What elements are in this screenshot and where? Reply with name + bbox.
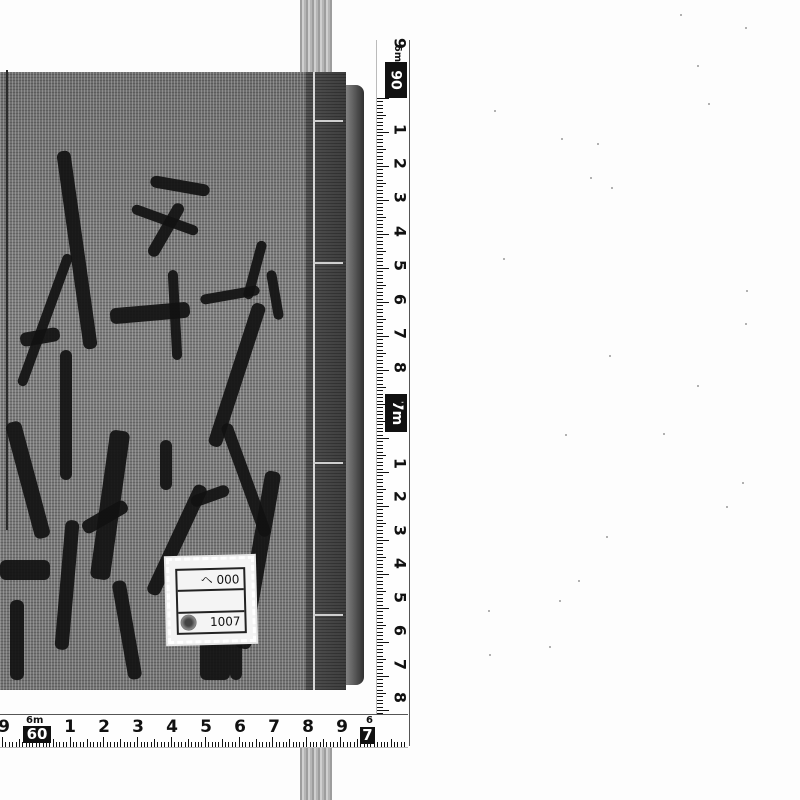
ruler-tick <box>377 241 383 242</box>
ruler-tick <box>377 251 386 252</box>
ruler-tick <box>124 742 125 747</box>
ruler-tick <box>377 125 383 126</box>
ruler-tick <box>377 642 389 643</box>
ruler-tick <box>377 295 383 296</box>
ruler-tick <box>377 669 383 670</box>
ruler-tick <box>377 139 383 140</box>
speck <box>494 110 496 112</box>
book-spine <box>306 72 346 690</box>
ruler-tick <box>144 742 145 747</box>
ruler-tick <box>377 380 383 381</box>
ruler-tick <box>374 737 375 747</box>
ruler-tick <box>377 186 383 187</box>
brush-stroke <box>160 440 172 490</box>
ruler-tick <box>377 696 383 697</box>
ruler-tick <box>377 142 383 143</box>
ruler-tick <box>394 742 395 747</box>
speck <box>489 654 491 656</box>
ruler-tick <box>377 486 383 487</box>
ruler-tick <box>46 742 47 747</box>
cover-border-line <box>6 70 8 530</box>
ruler-tick <box>377 404 389 405</box>
ruler-tick <box>377 523 386 524</box>
ruler-tick <box>377 278 383 279</box>
ruler-tick <box>377 639 383 640</box>
ruler-tick <box>364 742 365 747</box>
ruler-tick <box>377 591 386 592</box>
ruler-unit: 6m <box>392 45 403 62</box>
ruler-number: 4 <box>166 717 178 737</box>
ruler-tick <box>377 438 389 439</box>
ruler-tick <box>114 742 115 747</box>
ruler-tick <box>354 742 355 747</box>
speck <box>488 610 490 612</box>
ruler-tick <box>316 742 317 747</box>
ruler-tick <box>127 742 128 747</box>
ruler-tick <box>377 411 383 412</box>
ruler-tick <box>377 339 383 340</box>
ruler-tick <box>377 373 383 374</box>
binding-thread <box>313 72 315 690</box>
book-page-edge <box>344 85 364 685</box>
ruler-number: 2 <box>391 155 410 173</box>
ruler-tick <box>377 394 383 395</box>
ruler-number: 1 <box>64 717 76 737</box>
ruler-tick <box>49 742 50 747</box>
ruler-tick <box>377 132 389 133</box>
ruler-tick <box>181 742 182 747</box>
binding-stitch <box>313 120 343 122</box>
ruler-tick <box>32 742 33 747</box>
ruler-tick <box>377 336 389 337</box>
ruler-number: 8 <box>391 359 410 377</box>
ruler-tick <box>377 567 383 568</box>
ruler-tick <box>387 742 388 747</box>
ruler-tick <box>377 390 383 391</box>
ruler-tick <box>377 135 383 136</box>
ruler-tick <box>377 302 389 303</box>
ruler-tick <box>377 282 383 283</box>
ruler-tick <box>151 742 152 747</box>
speck <box>746 290 748 292</box>
ruler-tick <box>283 742 284 747</box>
ruler-tick <box>377 292 383 293</box>
speck <box>726 506 728 508</box>
ruler-tick <box>377 214 383 215</box>
speck <box>697 385 699 387</box>
ruler-tick <box>377 652 383 653</box>
ruler-tick <box>381 742 382 747</box>
brush-stroke <box>200 640 230 680</box>
ruler-tick <box>299 742 300 747</box>
ruler-tick <box>161 742 162 747</box>
catalog-label: ヘ 000 1007 <box>166 556 256 644</box>
ruler-tick <box>157 742 158 747</box>
ruler-tick <box>377 710 389 711</box>
ruler-number: 6 <box>391 622 410 640</box>
ruler-tick <box>323 739 324 747</box>
speck <box>742 482 744 484</box>
ruler-tick <box>279 742 280 747</box>
speck <box>590 177 592 179</box>
ruler-tick <box>185 742 186 747</box>
ruler-number: 9 <box>336 717 348 737</box>
ruler-tick <box>171 737 172 747</box>
ruler-tick <box>377 166 389 167</box>
ruler-tick <box>22 742 23 747</box>
ruler-tick <box>377 530 383 531</box>
ruler-tick <box>377 666 383 667</box>
ruler-tick <box>289 739 290 747</box>
ruler-number: 1 <box>391 454 410 472</box>
ruler-tick <box>350 742 351 747</box>
ruler-tick <box>377 176 383 177</box>
ruler-tick <box>218 742 219 747</box>
ruler-tick <box>377 577 383 578</box>
ruler-tick <box>377 645 383 646</box>
speck <box>565 434 567 436</box>
paper-strip-top <box>300 0 332 80</box>
ruler-tick <box>377 469 383 470</box>
ruler-tick <box>401 742 402 747</box>
ruler-tick <box>377 244 383 245</box>
ruler-tick <box>377 360 383 361</box>
ruler-tick <box>397 742 398 747</box>
ruler-tick <box>370 742 371 747</box>
ruler-tick <box>377 635 383 636</box>
ruler-tick <box>377 503 383 504</box>
ruler-number: 7 <box>391 325 410 343</box>
ruler-tick <box>377 309 383 310</box>
ruler-tick <box>377 312 383 313</box>
ruler-tick <box>377 537 383 538</box>
ruler-tick <box>100 742 101 747</box>
ruler-tick <box>235 742 236 747</box>
ruler-tick <box>59 742 60 747</box>
ruler-tick <box>377 560 383 561</box>
ruler-number: 7 <box>391 655 410 673</box>
ruler-tick <box>377 319 386 320</box>
ruler-tick <box>377 227 383 228</box>
ruler-tick <box>377 401 383 402</box>
ruler-tick <box>377 622 383 623</box>
ruler-tick <box>377 574 389 575</box>
label-row: ヘ 000 <box>177 569 244 592</box>
ruler-tick <box>262 742 263 747</box>
ruler-number: 9 <box>391 393 410 411</box>
ruler-tick <box>377 275 383 276</box>
ruler-tick <box>377 479 383 480</box>
ruler-tick <box>377 261 383 262</box>
ruler-tick <box>377 353 386 354</box>
ruler-number: 6 <box>391 291 410 309</box>
speck <box>611 187 613 189</box>
ruler-tick <box>377 594 383 595</box>
ruler-tick <box>377 248 383 249</box>
ruler-tick <box>76 742 77 747</box>
ruler-tick <box>377 122 383 123</box>
ruler-tick <box>377 217 386 218</box>
ruler-tick <box>377 683 383 684</box>
ruler-tick <box>296 742 297 747</box>
ruler-tick <box>232 742 233 747</box>
ruler-tick <box>208 742 209 747</box>
label-code: ヘ 000 <box>201 570 240 588</box>
ruler-tick <box>357 739 358 747</box>
ruler-tick <box>377 547 383 548</box>
ruler-tick <box>377 679 383 680</box>
ruler-tick <box>333 742 334 747</box>
ruler-tick <box>377 516 383 517</box>
ruler-tick <box>134 742 135 747</box>
ruler-tick <box>377 190 383 191</box>
ruler-tick <box>212 742 213 747</box>
ruler-tick <box>377 601 383 602</box>
ruler-number: 6 <box>234 717 246 737</box>
ruler-tick <box>377 265 383 266</box>
ruler-tick <box>377 428 383 429</box>
ruler-unit: 6 <box>366 715 373 726</box>
ruler-tick <box>377 146 383 147</box>
ruler-tick <box>377 220 383 221</box>
ruler-tick <box>377 455 386 456</box>
ruler-tick <box>377 152 383 153</box>
ruler-tick <box>377 462 383 463</box>
ruler-tick <box>293 742 294 747</box>
ruler-tick <box>377 421 386 422</box>
ruler-tick <box>201 742 202 747</box>
ruler-tick <box>377 431 383 432</box>
ruler-tick <box>377 448 383 449</box>
ruler-tick <box>377 322 383 323</box>
ruler-tick <box>249 742 250 747</box>
ruler-tick <box>377 693 386 694</box>
ruler-tick <box>377 169 383 170</box>
ruler-tick <box>36 737 37 747</box>
ruler-tick <box>377 557 386 558</box>
ruler-tick <box>377 496 383 497</box>
ruler-number: 9 <box>0 717 10 737</box>
ruler-tick <box>43 742 44 747</box>
ruler-number: 3 <box>391 521 410 539</box>
horizontal-measuring-tape: 9 6m 60 6 7 123456789 <box>0 714 408 748</box>
ruler-tick <box>198 742 199 747</box>
speck <box>606 536 608 538</box>
speck <box>697 65 699 67</box>
speck <box>745 323 747 325</box>
ruler-tick <box>29 742 30 747</box>
ruler-tick <box>377 234 389 235</box>
ruler-number: 5 <box>391 257 410 275</box>
ruler-tick <box>391 739 392 747</box>
ruler-tick <box>377 673 383 674</box>
ruler-number: 3 <box>391 189 410 207</box>
ruler-tick <box>377 475 383 476</box>
ruler-tick <box>377 452 383 453</box>
ruler-badge: 60 <box>23 726 51 743</box>
ruler-number: 4 <box>391 555 410 573</box>
ruler-tick <box>377 159 383 160</box>
ruler-tick <box>377 656 383 657</box>
ruler-tick <box>377 659 386 660</box>
ruler-tick <box>168 742 169 747</box>
ruler-tick <box>377 465 383 466</box>
ruler-tick <box>377 526 383 527</box>
ruler-tick <box>377 550 383 551</box>
ruler-tick <box>377 397 383 398</box>
ruler-badge: 90 <box>385 62 407 98</box>
label-row: 1007 <box>178 612 244 633</box>
ruler-tick <box>377 197 383 198</box>
ruler-tick <box>137 737 138 747</box>
ruler-tick <box>377 418 383 419</box>
ruler-tick <box>377 618 383 619</box>
ruler-tick <box>377 207 383 208</box>
ruler-tick <box>83 742 84 747</box>
ruler-tick <box>39 742 40 747</box>
ruler-tick <box>26 742 27 747</box>
ruler-tick <box>377 363 383 364</box>
ruler-tick <box>272 737 273 747</box>
ruler-tick <box>222 739 223 747</box>
ruler-tick <box>164 742 165 747</box>
ruler-tick <box>377 112 383 113</box>
paper-strip-bottom <box>300 745 332 800</box>
ruler-tick <box>377 584 383 585</box>
ruler-tick <box>63 742 64 747</box>
ruler-tick <box>205 737 206 747</box>
ruler-tick <box>154 739 155 747</box>
ruler-tick <box>70 737 71 747</box>
ruler-tick <box>384 742 385 747</box>
ruler-tick <box>377 700 383 701</box>
label-row <box>178 590 245 613</box>
ruler-tick <box>377 231 383 232</box>
ruler-tick <box>377 703 383 704</box>
ruler-tick <box>12 742 13 747</box>
vertical-measuring-tape: 9 90 6m 7m 123456789123456789 <box>376 40 410 746</box>
ruler-tick <box>377 333 383 334</box>
ruler-tick <box>377 268 389 269</box>
ruler-tick <box>73 742 74 747</box>
ruler-tick <box>16 742 17 747</box>
ruler-tick <box>377 156 383 157</box>
ruler-tick <box>377 108 383 109</box>
ruler-tick <box>377 540 389 541</box>
ruler-tick <box>377 305 383 306</box>
ruler-tick <box>377 377 383 378</box>
ruler-tick <box>377 101 383 102</box>
speck <box>597 143 599 145</box>
ruler-tick <box>377 472 389 473</box>
ruler-tick <box>377 329 383 330</box>
ruler-tick <box>377 571 383 572</box>
ruler-tick <box>377 407 383 408</box>
ruler-tick <box>242 742 243 747</box>
ruler-tick <box>377 254 383 255</box>
ruler-tick <box>377 615 383 616</box>
label-number: 1007 <box>210 615 241 630</box>
ruler-tick <box>377 237 383 238</box>
ruler-tick <box>377 163 383 164</box>
ruler-tick <box>377 632 383 633</box>
ruler-tick <box>195 742 196 747</box>
seal-stamp-icon <box>180 615 196 631</box>
speck <box>680 14 682 16</box>
ruler-tick <box>377 180 383 181</box>
ruler-tick <box>377 489 386 490</box>
ruler-tick <box>377 370 389 371</box>
ruler-tick <box>215 742 216 747</box>
ruler-tick <box>103 737 104 747</box>
ruler-tick <box>117 742 118 747</box>
brush-stroke <box>0 560 50 580</box>
ruler-tick <box>343 742 344 747</box>
ruler-tick <box>377 435 383 436</box>
ruler-tick <box>377 707 383 708</box>
ruler-tick <box>377 105 383 106</box>
binding-stitch <box>313 262 343 264</box>
ruler-tick <box>377 686 383 687</box>
ruler-tick <box>377 210 383 211</box>
ruler-tick <box>191 742 192 747</box>
ruler-tick <box>97 742 98 747</box>
speck <box>578 580 580 582</box>
ruler-tick <box>269 742 270 747</box>
ruler-tick <box>377 598 383 599</box>
ruler-tick <box>377 676 389 677</box>
ruler-tick <box>377 173 383 174</box>
ruler-tick <box>377 445 383 446</box>
speck <box>708 103 710 105</box>
ruler-tick <box>310 742 311 747</box>
ruler-tick <box>377 690 383 691</box>
ruler-tick <box>276 742 277 747</box>
ruler-tick <box>225 742 226 747</box>
speck <box>503 258 505 260</box>
ruler-tick <box>90 742 91 747</box>
ruler-number: 2 <box>98 717 110 737</box>
ruler-tick <box>377 285 386 286</box>
ruler-tick <box>377 343 383 344</box>
ruler-tick <box>256 739 257 747</box>
ruler-tick <box>377 608 389 609</box>
ruler-number: 4 <box>391 223 410 241</box>
ruler-tick <box>53 739 54 747</box>
ruler-tick <box>239 737 240 747</box>
ruler-tick <box>377 200 389 201</box>
ruler-number: 8 <box>302 717 314 737</box>
ruler-tick <box>313 742 314 747</box>
ruler-tick <box>377 356 383 357</box>
ruler-tick <box>377 533 383 534</box>
ruler-tick <box>367 742 368 747</box>
ruler-tick <box>377 742 378 747</box>
speck <box>549 646 551 648</box>
ruler-tick <box>377 588 383 589</box>
ruler-tick <box>377 564 383 565</box>
ruler-tick <box>377 326 383 327</box>
speck <box>663 433 665 435</box>
ruler-tick <box>147 742 148 747</box>
ruler-tick <box>19 739 20 747</box>
ruler-tick <box>306 737 307 747</box>
ruler-tick <box>110 742 111 747</box>
ruler-tick <box>377 384 383 385</box>
ruler-tick <box>377 581 383 582</box>
ruler-tick <box>377 424 383 425</box>
ruler-tick <box>377 367 383 368</box>
